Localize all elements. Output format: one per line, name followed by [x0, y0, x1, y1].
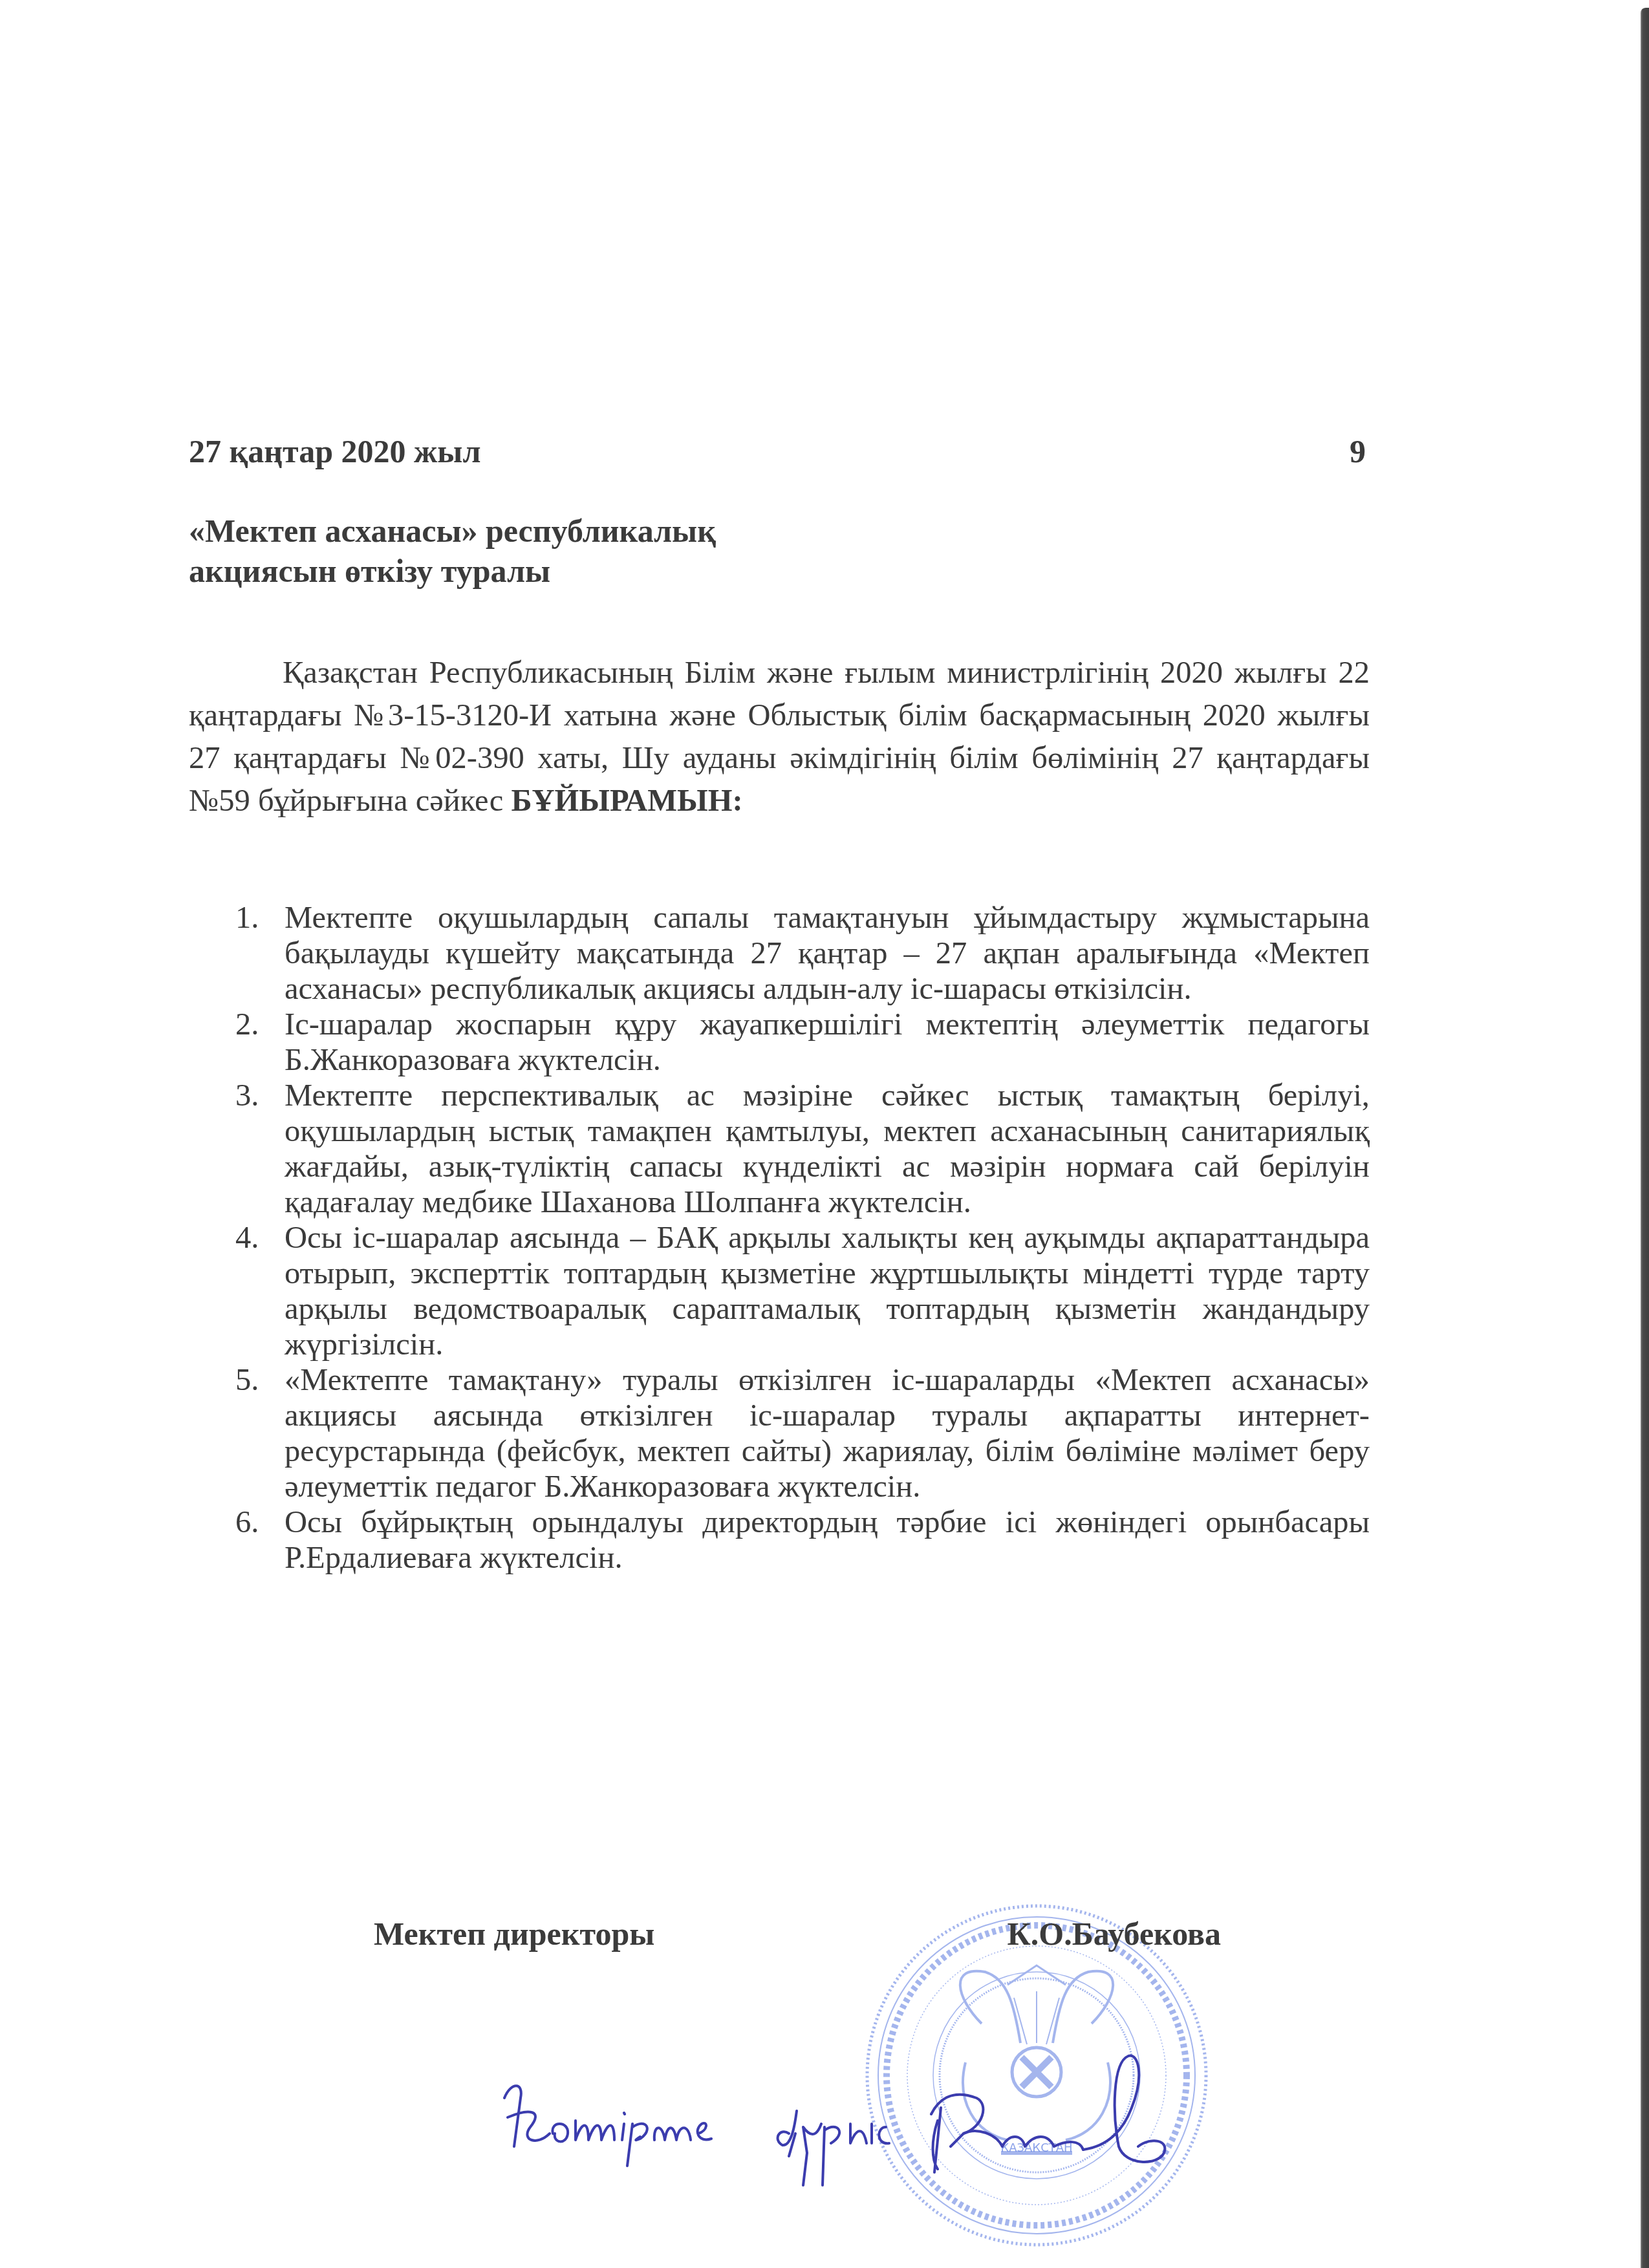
- order-item-text: «Мектепте тамақтану» туралы өткізілген і…: [285, 1363, 1370, 1504]
- order-date: 27 қаңтар 2020 жыл: [189, 433, 480, 469]
- order-item: 2. Іс-шаралар жоспарын құру жауапкершілі…: [189, 1007, 1370, 1078]
- order-title-line-1: «Мектеп асханасы» республикалық: [189, 511, 716, 551]
- order-item-number: 1.: [235, 900, 259, 936]
- order-item-text: Осы бұйрықтың орындалуы директордың тәрб…: [285, 1505, 1370, 1575]
- order-item: 4. Осы іс-шаралар аясында – БАҚ арқылы х…: [189, 1220, 1370, 1362]
- order-item: 1. Мектепте оқушылардың сапалы тамақтану…: [189, 900, 1370, 1007]
- order-item-number: 3.: [235, 1078, 259, 1113]
- handwritten-signature-icon: [485, 2037, 1293, 2205]
- order-items-list: 1. Мектепте оқушылардың сапалы тамақтану…: [189, 900, 1370, 1576]
- order-item-text: Іс-шаралар жоспарын құру жауапкершілігі …: [285, 1007, 1370, 1077]
- order-item: 6. Осы бұйрықтың орындалуы директордың т…: [189, 1504, 1370, 1576]
- order-item-number: 2.: [235, 1007, 259, 1042]
- signatory-name: К.О.Баубекова: [1008, 1914, 1221, 1954]
- order-number: 9: [1350, 432, 1366, 471]
- order-header: 27 қаңтар 2020 жыл 9: [189, 432, 1366, 471]
- order-title: «Мектеп асханасы» республикалық акциясын…: [189, 511, 716, 591]
- order-item-text: Мектепте оқушылардың сапалы тамақтануын …: [285, 901, 1370, 1006]
- preamble-paragraph: Қазақстан Республикасының Білім және ғыл…: [189, 652, 1370, 822]
- order-item-text: Мектепте перспективалық ас мәзіріне сәйк…: [285, 1078, 1370, 1219]
- signatory-role: Мектеп директоры: [374, 1914, 654, 1954]
- order-title-line-2: акциясын өткізу туралы: [189, 551, 716, 591]
- order-item: 5. «Мектепте тамақтану» туралы өткізілге…: [189, 1362, 1370, 1504]
- order-item-text: Осы іс-шаралар аясында – БАҚ арқылы халы…: [285, 1221, 1370, 1362]
- order-item: 3. Мектепте перспективалық ас мәзіріне с…: [189, 1078, 1370, 1220]
- preamble-text: Қазақстан Республикасының Білім және ғыл…: [189, 656, 1370, 818]
- order-item-number: 5.: [235, 1362, 259, 1398]
- order-item-number: 4.: [235, 1220, 259, 1256]
- order-item-number: 6.: [235, 1504, 259, 1540]
- order-keyword: БҰЙЫРАМЫН:: [511, 784, 742, 818]
- scanner-edge: [1641, 8, 1649, 2268]
